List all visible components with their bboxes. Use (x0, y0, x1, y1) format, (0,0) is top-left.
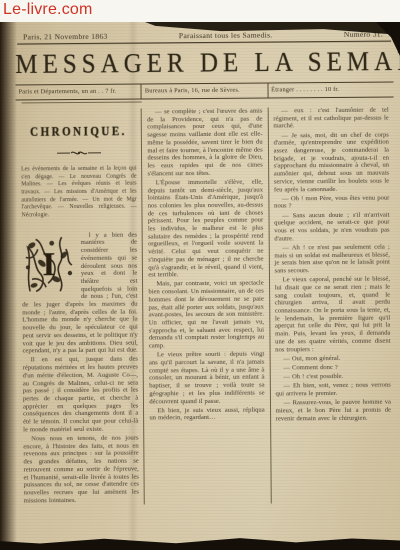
subscription-row: Paris et Départements, un an . . 7 fr. B… (15, 82, 393, 101)
section-heading: CHRONIQUE. (21, 124, 136, 139)
body-paragraph: — Eh bien, soit, venez ; nous verrons qu… (275, 382, 390, 398)
column-1: CHRONIQUE. Les événements de la semaine … (16, 109, 144, 506)
body-paragraph: — Sans aucun doute ; s'il m'arrivait que… (274, 211, 390, 243)
body-paragraph: Le vieux prêtre sourit : depuis vingt an… (149, 351, 265, 406)
lead-paragraph: I l y a bien des manières de considérer … (22, 231, 138, 355)
column-1-paragraphs: Il en est qui, jusque dans des réputatio… (23, 356, 140, 505)
paper-background: Paris, 21 Novembre 1863 Paraissant tous … (0, 22, 400, 550)
watermark-strip: Le-livre.com (0, 0, 400, 22)
column-3: — eux : c'est l'aumônier de tel régiment… (267, 107, 396, 504)
body-paragraph: Nous nous en tenons, de nos jours encore… (23, 435, 139, 505)
newspaper-title: MESSAGER DE LA SEMAINE (15, 47, 393, 80)
lead-initial-letter: I (42, 246, 56, 283)
body-paragraph: Mais, par contraste, voici un spectacle … (148, 280, 264, 350)
body-paragraph: — Oui, mon général. (275, 354, 390, 363)
body-paragraph: L'Épouse immortelle s'élève, elle, depui… (148, 178, 264, 279)
body-paragraph: — Oh ! c'est possible. (275, 373, 390, 382)
issue-date: Paris, 21 Novembre 1863 (23, 32, 108, 42)
article-columns: CHRONIQUE. Les événements de la semaine … (16, 107, 397, 506)
subscription-price-domestic: Paris et Départements, un an . . 7 fr. (15, 85, 140, 100)
column-3-paragraphs: — eux : c'est l'aumônier de tel régiment… (273, 107, 391, 423)
body-paragraph: — eux : c'est l'aumônier de tel régiment… (273, 107, 389, 131)
scanned-newspaper-page: Le-livre.com Paris, 21 Novembre 1863 Par… (0, 0, 400, 550)
body-paragraph: Il en est qui, jusque dans des réputatio… (23, 356, 139, 434)
column-2: — se complète ; c'est l'œuvre des amis d… (141, 108, 270, 505)
body-paragraph: — Comment donc ? (275, 364, 390, 373)
column-2-paragraphs: — se complète ; c'est l'œuvre des amis d… (147, 108, 265, 423)
body-paragraph: — se complète ; c'est l'œuvre des amis d… (147, 108, 263, 178)
body-paragraph: — Rassurez-vous, le pauvre homme va mieu… (276, 399, 392, 423)
divider-ornament-icon (56, 149, 102, 157)
body-paragraph: Eh bien, je suis vieux aussi, répliqua u… (149, 406, 264, 422)
issue-frequency: Paraissant tous les Samedis. (179, 30, 273, 40)
body-paragraph: — Oh ! mon Père, vous êtes venu pour nou… (274, 194, 389, 210)
body-paragraph: Le vieux caporal, penché sur le blessé, … (275, 276, 391, 354)
body-paragraph: — Je sais, moi, dit un chef de corps d'a… (274, 131, 390, 194)
page-content: Paris, 21 Novembre 1863 Paraissant tous … (15, 24, 397, 534)
publisher-address: Bureaux à Paris, 16, rue de Sèvres. (141, 84, 267, 99)
ornate-initial-icon: I (22, 233, 78, 295)
subscription-underline (22, 102, 142, 104)
sommaire-text: Les événements de la semaine et la leçon… (21, 166, 137, 221)
book-spine-shadow (0, 0, 17, 550)
body-paragraph: — Ah ! ce n'est pas seulement cela ; mai… (274, 244, 390, 276)
subscription-price-foreign: Étranger . . . . . . . . 10 fr. (267, 83, 393, 98)
watermark-text: Le-livre.com (0, 0, 400, 19)
